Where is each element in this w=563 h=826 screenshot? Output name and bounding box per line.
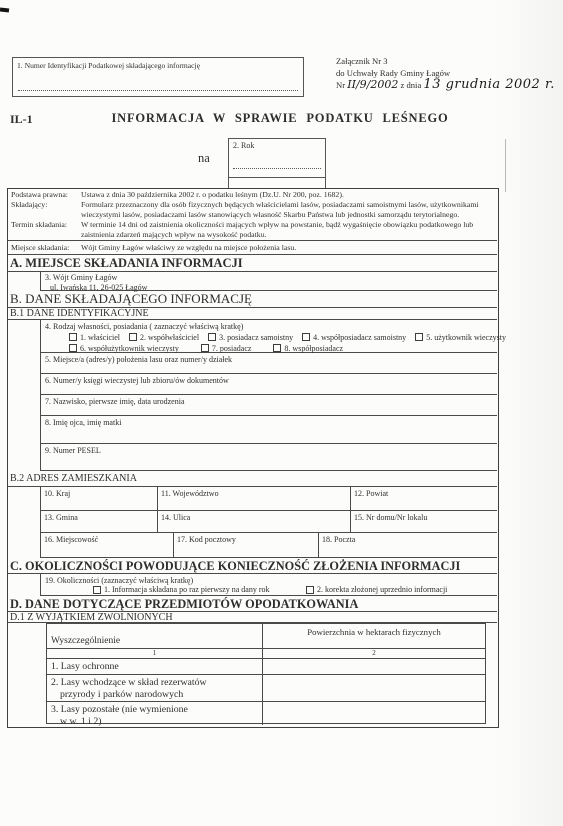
year-underline	[229, 177, 325, 178]
section-b-header: B. DANE SKŁADAJĄCEGO INFORMACJĘ	[7, 291, 497, 308]
checkbox-icon	[306, 586, 314, 594]
field-6-land-register: 6. Numer/y księgi wieczystej lub zbioru/…	[40, 374, 497, 395]
nip-field-box: 1. Numer Identyfikacji Podatkowej składa…	[12, 57, 304, 97]
attachment-nr-prefix: Nr	[336, 80, 345, 90]
row-text: 1. Lasy ochronne	[51, 661, 119, 672]
handwritten-date: 13 grudnia 2002 r.	[423, 77, 554, 92]
scanned-form-page: 1. Numer Identyfikacji Podatkowej składa…	[0, 0, 563, 826]
attachment-line1: Załącznik Nr 3	[336, 55, 555, 67]
attachment-line3: Nr II/9/2002 z dnia 13 grudnia 2002 r.	[336, 79, 555, 91]
checkbox-icon	[129, 333, 137, 341]
option-label: 2. współwłaściciel	[140, 333, 199, 342]
form-code: IL-1	[10, 112, 33, 127]
table-row-value-cell	[263, 675, 485, 702]
field-3-authority: 3. Wójt Gminy Łagów ul. Iwańska 11, 26-0…	[40, 272, 497, 291]
table-row-label: 1. Lasy ochronne	[47, 659, 263, 675]
row-text: przyrody i parków narodowych	[60, 689, 258, 701]
table-col1-number: 1	[47, 649, 263, 659]
field-10-country: 10. Kraj	[40, 487, 157, 511]
checkbox-icon	[273, 344, 281, 352]
option: 1. Informacja składana po raz pierwszy n…	[93, 585, 270, 595]
legal-text: W terminie 14 dni od zaistnienia okolicz…	[81, 220, 493, 240]
option-label: 2. korekta złożonej uprzednio informacji	[317, 585, 447, 595]
option-label: 4. współposiadacz samoistny	[313, 333, 406, 342]
form-title: INFORMACJA W SPRAWIE PODATKU LEŚNEGO	[60, 111, 500, 126]
table-row-value-cell	[263, 702, 485, 725]
field-19-circumstances: 19. Okoliczności (zaznaczyć właściwą kra…	[40, 574, 497, 596]
year-field-label: 2. Rok	[229, 139, 325, 152]
table-row-label: 3. Lasy pozostałe (nie wymienione w w. 1…	[47, 702, 263, 725]
section-b1-header: B.1 DANE IDENTYFIKACYJNE	[7, 308, 497, 320]
handwritten-resolution-number: II/9/2002	[347, 78, 398, 91]
table-row-label: 2. Lasy wchodzące w skład rezerwatów prz…	[47, 675, 263, 702]
legal-text: Formularz przeznaczony dla osób fizyczny…	[81, 200, 493, 220]
field-7-name-birthdate: 7. Nazwisko, pierwsze imię, data urodzen…	[40, 395, 497, 416]
na-label: na	[198, 151, 210, 166]
field-15-house-number: 15. Nr domu/Nr lokalu	[350, 511, 497, 533]
field-4-options-row1: 1. właściciel 2. współwłaściciel 3. posi…	[45, 333, 493, 343]
legal-label: Termin składania:	[11, 220, 77, 240]
legal-text: Ustawa z dnia 30 października 2002 r. o …	[81, 190, 493, 200]
checkbox-icon	[208, 333, 216, 341]
field-5-location: 5. Miejsce/a (adres/y) położenia lasu or…	[40, 353, 497, 374]
filing-place-row: Miejsce składania: Wójt Gminy Łagów właś…	[7, 241, 497, 255]
field-4-ownership: 4. Rodzaj własności, posiadania ( zaznac…	[40, 320, 497, 353]
option: 4. współposiadacz samoistny	[302, 333, 406, 343]
section-d1-header: D.1 Z WYJĄTKIEM ZWOLNIONYCH	[7, 612, 497, 623]
legal-label: Podstawa prawna:	[11, 190, 77, 200]
checkbox-icon	[93, 586, 101, 594]
option-label: 6. współużytkownik wieczysty	[80, 344, 179, 353]
option-label: 1. właściciel	[80, 333, 120, 342]
year-field-box: 2. Rok	[228, 138, 326, 189]
section-d-header: D. DANE DOTYCZĄCE PRZEDMIOTÓW OPODATKOWA…	[7, 596, 497, 612]
legal-text: Wójt Gminy Łagów właściwy ze względu na …	[81, 243, 493, 253]
year-dotted-line	[233, 168, 321, 169]
legal-info-block: Podstawa prawna: Ustawa z dnia 30 paździ…	[7, 188, 497, 241]
nip-dotted-line	[18, 90, 298, 91]
section-c-header: C. OKOLICZNOŚCI POWODUJĄCE KONIECZNOŚĆ Z…	[7, 558, 497, 574]
section-b2-header: B.2 ADRES ZAMIESZKANIA	[7, 471, 497, 487]
checkbox-icon	[302, 333, 310, 341]
row-text: w w. 1 i 2)	[60, 716, 258, 728]
nip-field-label: 1. Numer Identyfikacji Podatkowej składa…	[13, 58, 303, 70]
field-18-post-office: 18. Poczta	[318, 533, 497, 558]
field-12-county: 12. Powiat	[350, 487, 497, 511]
scan-artifact-mark	[0, 8, 9, 13]
checkbox-icon	[415, 333, 423, 341]
row-text: 3. Lasy pozostałe (nie wymienione	[51, 704, 188, 715]
row-text: 2. Lasy wchodzące w skład rezerwatów	[51, 677, 207, 688]
option-label: 8. współposiadacz	[284, 344, 343, 353]
option: 5. użytkownik wieczysty	[415, 333, 506, 343]
field-8-parents-names: 8. Imię ojca, imię matki	[40, 416, 497, 444]
field-16-town: 16. Miejscowość	[40, 533, 173, 558]
scan-page-edge	[505, 139, 506, 192]
forest-area-table: Wyszczególnienie Powierzchnia w hektarac…	[46, 623, 486, 724]
scan-shading	[493, 0, 563, 826]
option: 3. posiadacz samoistny	[208, 333, 293, 343]
option: 2. korekta złożonej uprzednio informacji	[306, 585, 447, 595]
table-col1-header: Wyszczególnienie	[47, 624, 263, 649]
section-a-header: A. MIEJSCE SKŁADANIA INFORMACJI	[7, 255, 497, 272]
attachment-note: Załącznik Nr 3 do Uchwały Rady Gminy Łag…	[336, 55, 555, 91]
table-col2-number: 2	[263, 649, 485, 659]
field-17-postal-code: 17. Kod pocztowy	[173, 533, 318, 558]
field-3-line1: 3. Wójt Gminy Łagów	[45, 273, 493, 283]
field-11-voivodeship: 11. Województwo	[157, 487, 350, 511]
legal-label: Miejsce składania:	[11, 243, 77, 253]
checkbox-icon	[201, 344, 209, 352]
option-label: 3. posiadacz samoistny	[219, 333, 293, 342]
table-row-value-cell	[263, 659, 485, 675]
legal-label: Składający:	[11, 200, 77, 220]
option-label: 5. użytkownik wieczysty	[426, 333, 506, 342]
option-label: 1. Informacja składana po raz pierwszy n…	[104, 585, 270, 595]
attachment-z-dnia: z dnia	[401, 80, 422, 90]
field-9-pesel: 9. Numer PESEL	[40, 444, 497, 471]
field-13-commune: 13. Gmina	[40, 511, 157, 533]
option: 2. współwłaściciel	[129, 333, 199, 343]
checkbox-icon	[69, 333, 77, 341]
field-14-street: 14. Ulica	[157, 511, 350, 533]
table-col2-header: Powierzchnia w hektarach fizycznych	[263, 624, 485, 649]
checkbox-icon	[69, 344, 77, 352]
field-4-label: 4. Rodzaj własności, posiadania ( zaznac…	[45, 322, 493, 332]
option: 1. właściciel	[69, 333, 120, 343]
option-label: 7. posiadacz	[212, 344, 252, 353]
